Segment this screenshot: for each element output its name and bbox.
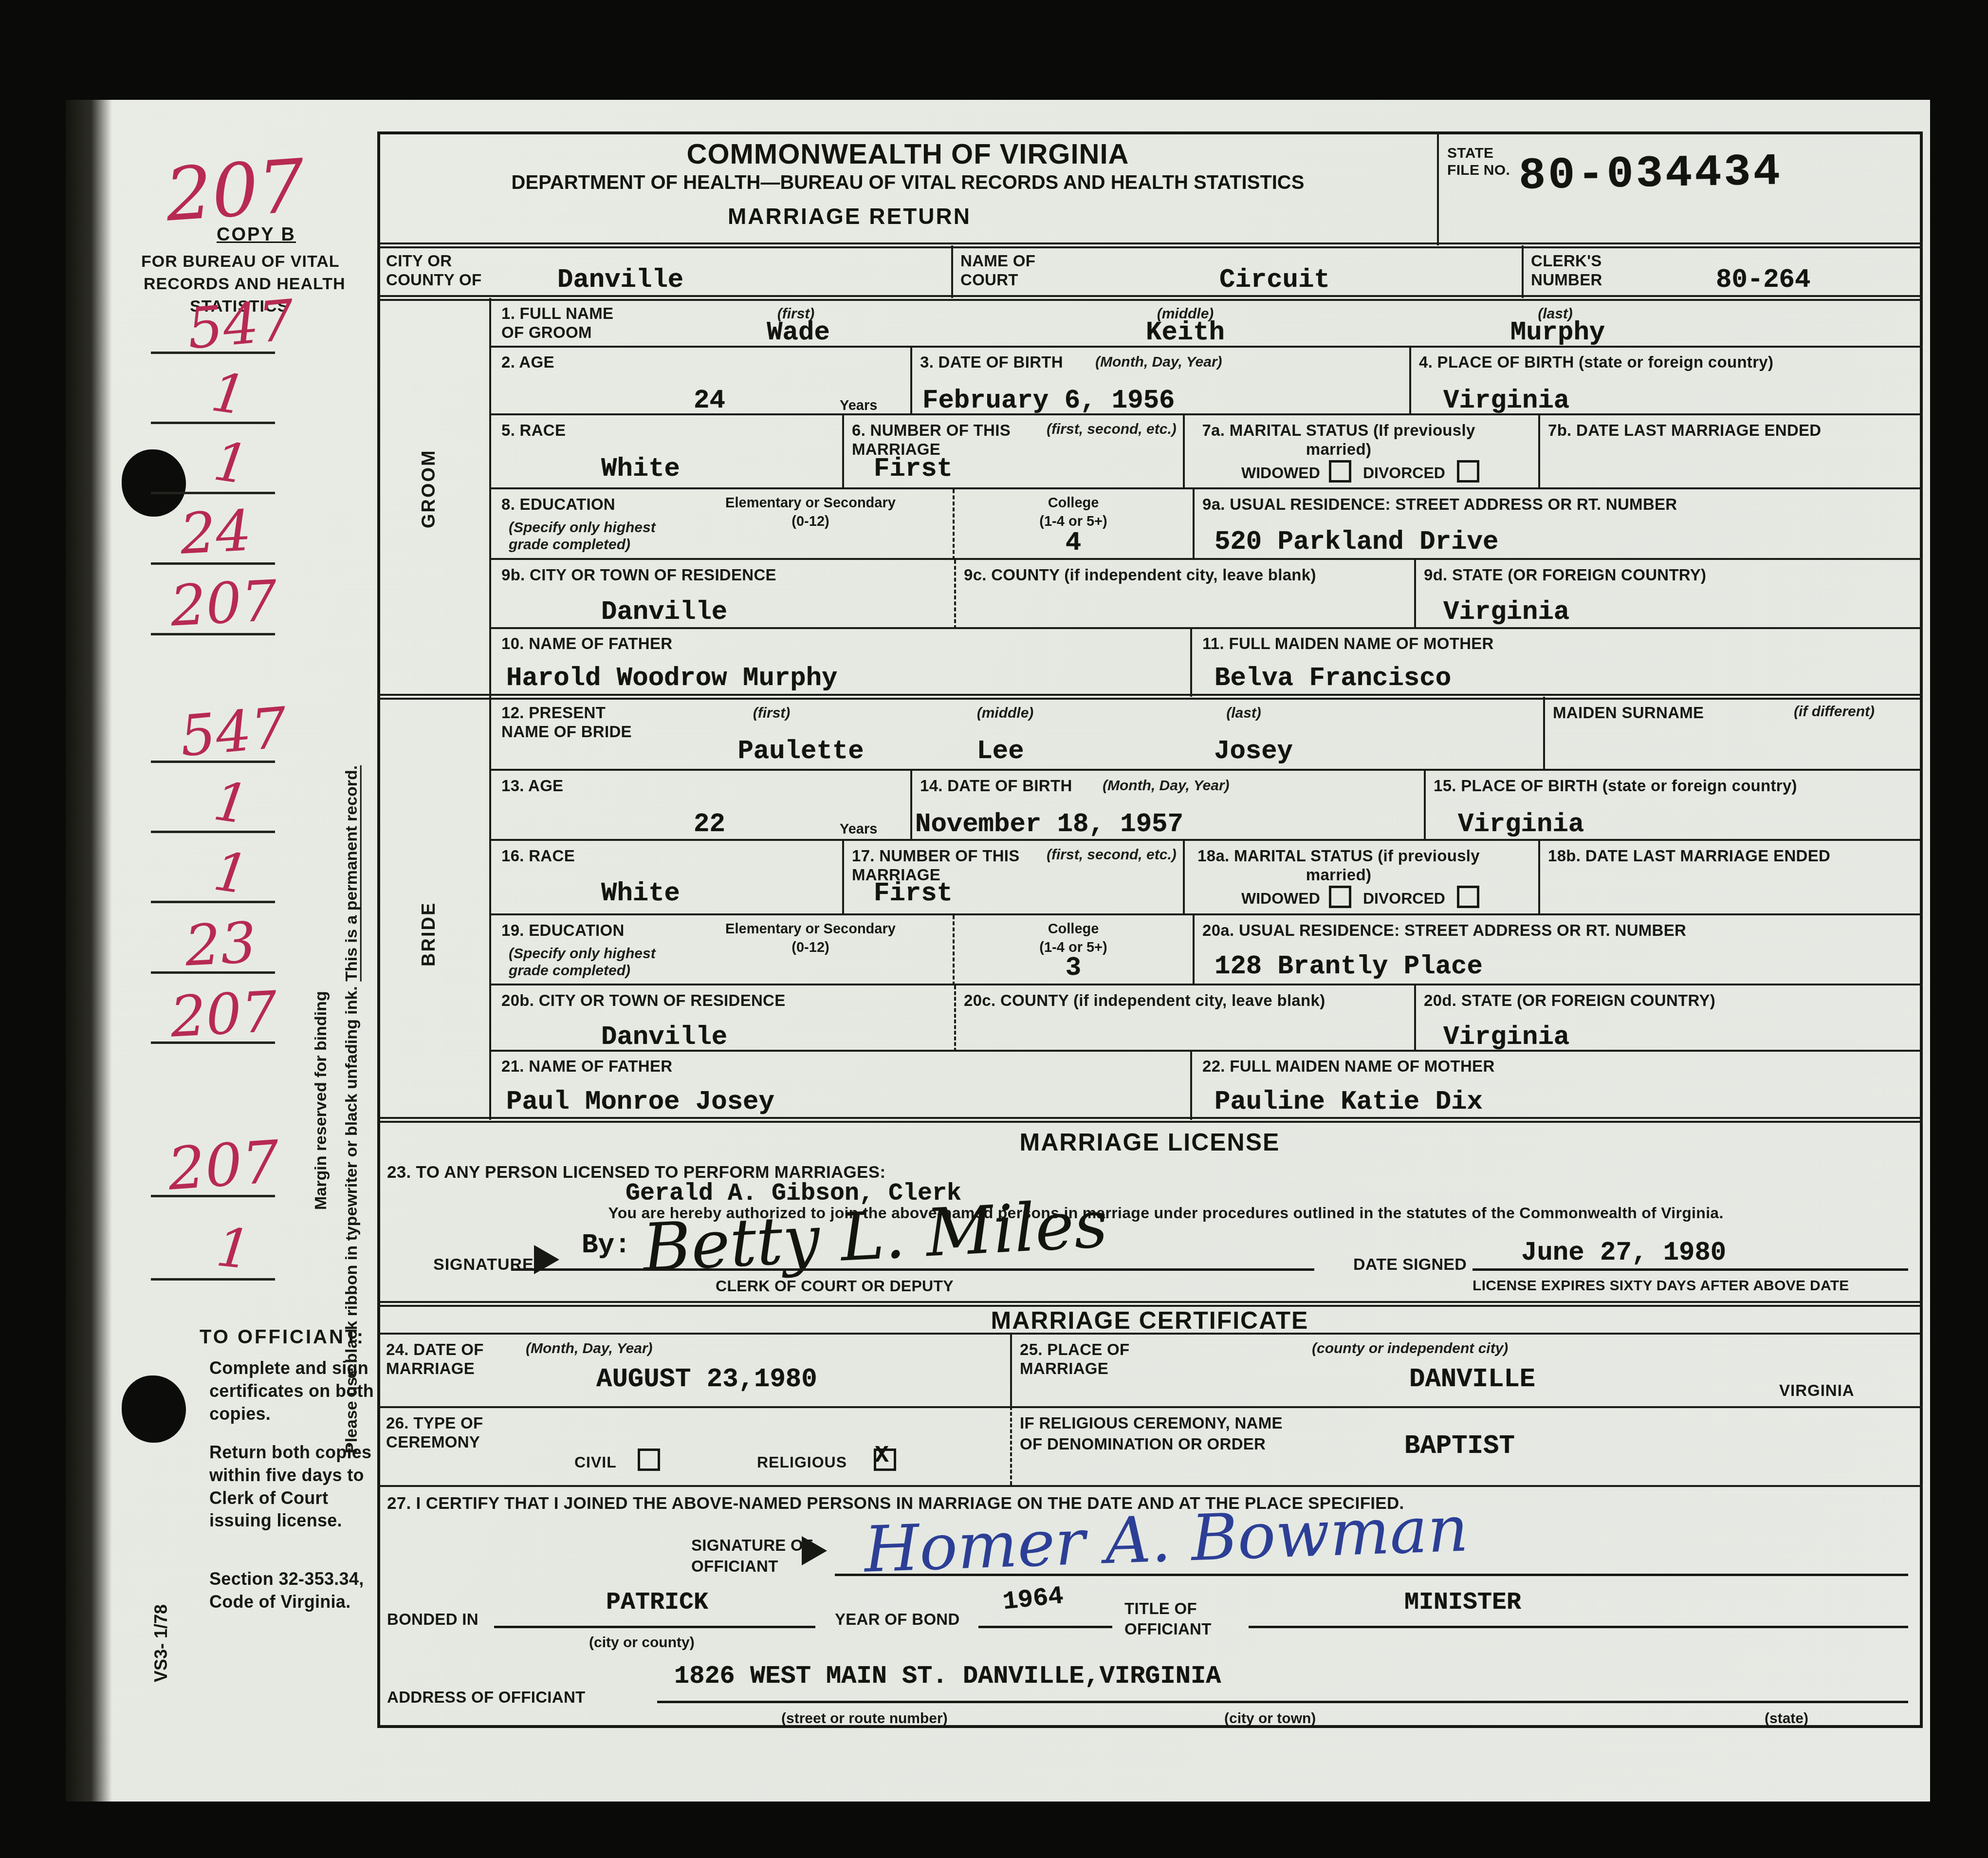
groom-state-label: 9d. STATE (OR FOREIGN COUNTRY) — [1424, 566, 1911, 585]
grid-line — [377, 242, 1923, 248]
bride-state-value: Virginia — [1443, 1022, 1569, 1052]
elementary-caption: Elementary or Secondary — [725, 921, 896, 937]
address-rule — [657, 1701, 1908, 1703]
bride-state-label: 20d. STATE (OR FOREIGN COUNTRY) — [1424, 991, 1911, 1010]
elementary-range: (0-12) — [792, 514, 829, 530]
marriage-place-state: VIRGINIA — [1779, 1381, 1855, 1400]
groom-mother-value: Belva Francisco — [1215, 664, 1451, 693]
civil-checkbox — [638, 1449, 660, 1471]
title-of-officiant-label-2: OFFICIANT — [1124, 1620, 1212, 1639]
groom-education-label: 8. EDUCATION — [501, 495, 615, 514]
department-subtitle: DEPARTMENT OF HEALTH—BUREAU OF VITAL REC… — [512, 172, 1305, 194]
margin-rule — [151, 562, 275, 565]
grid-line — [910, 348, 912, 415]
grid-line — [489, 346, 1923, 348]
groom-last-name: Murphy — [1510, 318, 1605, 348]
maiden-surname-label: MAIDEN SURNAME — [1553, 704, 1704, 723]
grid-line — [1522, 245, 1524, 298]
grid-line — [1193, 489, 1195, 560]
margin-value: 207 — [169, 568, 279, 639]
title-rule — [1249, 1626, 1908, 1628]
grid-line — [377, 694, 1923, 700]
groom-education-sub: (Specify only highest grade completed) — [509, 520, 669, 553]
ink-note-text: Please use black ribbon in typewriter or… — [342, 982, 361, 1453]
margin-value: 1 — [214, 1216, 254, 1282]
margin-rule — [151, 352, 275, 354]
bride-first-name: Paulette — [737, 737, 864, 766]
grid-line — [951, 245, 953, 298]
license-signature-label: SIGNATURE — [433, 1255, 534, 1274]
maiden-surname-sub: (if different) — [1794, 704, 1875, 721]
punch-hole-top — [122, 449, 186, 517]
margin-rule — [151, 761, 275, 763]
widowed-label: WIDOWED — [1241, 464, 1320, 482]
officiant-instruction-2: Return both copies within five days to C… — [209, 1441, 385, 1532]
year-rule — [978, 1626, 1112, 1628]
bride-residence-value: 128 Brantly Place — [1215, 952, 1483, 982]
signature-rule — [511, 1268, 1314, 1271]
binding-note: Margin reserved for binding — [312, 699, 331, 1210]
groom-pob-label: 4. PLACE OF BIRTH (state or foreign coun… — [1419, 353, 1911, 372]
margin-value: 1 — [210, 770, 252, 836]
grid-line — [1193, 915, 1195, 985]
grid-line — [377, 1485, 1923, 1487]
bride-marital-label: 18a. MARITAL STATUS (if previously marri… — [1193, 847, 1485, 885]
date-signed-value: June 27, 1980 — [1521, 1238, 1726, 1268]
bride-age-label: 13. AGE — [501, 777, 563, 796]
widowed-checkbox — [1329, 886, 1351, 908]
margin-rule — [151, 901, 275, 903]
copy-for-line1: FOR BUREAU OF VITAL — [141, 252, 339, 271]
bride-college-value: 3 — [1066, 953, 1081, 983]
form-code: VS3- 1/78 — [151, 1556, 171, 1682]
margin-rule — [151, 971, 275, 974]
bride-education-label: 19. EDUCATION — [501, 921, 625, 940]
court-value: Circuit — [1219, 265, 1330, 295]
punch-hole-bottom — [122, 1375, 186, 1443]
bride-dob-label: 14. DATE OF BIRTH — [920, 777, 1072, 796]
date-rule — [1473, 1268, 1908, 1271]
officiant-signature-rule — [835, 1574, 1908, 1576]
grid-line — [953, 489, 955, 560]
grid-line — [1538, 841, 1540, 915]
ink-note: Please use black ribbon in typewriter or… — [342, 480, 361, 1453]
officiant-signature-label-2: OFFICIANT — [691, 1557, 778, 1576]
city-county-label: CITY OR COUNTY OF — [386, 252, 503, 290]
grid-line — [954, 985, 956, 1052]
margin-value: 547 — [185, 288, 297, 362]
address-caption-street: (street or route number) — [781, 1710, 948, 1727]
groom-section-label: GROOM — [419, 402, 440, 528]
college-caption: College — [1048, 495, 1099, 511]
ceremony-type-label: 26. TYPE OF CEREMONY — [386, 1414, 513, 1452]
grid-line — [377, 1333, 1923, 1335]
caption-middle: (middle) — [977, 705, 1034, 722]
bride-education-sub: (Specify only highest grade completed) — [509, 946, 669, 979]
grid-line — [489, 413, 1923, 415]
college-range: (1-4 or 5+) — [1039, 514, 1107, 530]
groom-pob-value: Virginia — [1443, 386, 1569, 416]
groom-first-name: Wade — [767, 318, 830, 348]
groom-state-value: Virginia — [1443, 597, 1569, 627]
grid-line — [1183, 415, 1185, 489]
officiant-arrow-icon — [802, 1536, 827, 1565]
year-of-bond-label: YEAR OF BOND — [835, 1610, 960, 1629]
bonded-label: BONDED IN — [387, 1610, 479, 1629]
bride-name-label: 12. PRESENT NAME OF BRIDE — [501, 704, 657, 742]
groom-dob-sub: (Month, Day, Year) — [1095, 354, 1222, 371]
college-caption: College — [1048, 921, 1099, 937]
city-county-value: Danville — [557, 265, 683, 295]
marriage-date-sub: (Month, Day, Year) — [526, 1340, 653, 1357]
grid-line — [377, 1406, 1923, 1408]
form-name: MARRIAGE RETURN — [728, 203, 971, 229]
grid-line — [489, 487, 1923, 489]
bride-dob-value: November 18, 1957 — [915, 810, 1183, 839]
divorced-label: DIVORCED — [1363, 890, 1445, 908]
license-signature-caption: CLERK OF COURT OR DEPUTY — [716, 1277, 954, 1296]
code-reference: Section 32-353.34, Code of Virginia. — [209, 1568, 385, 1614]
groom-age-value: 24 — [694, 386, 725, 416]
clerk-number-label: CLERK'S NUMBER — [1531, 252, 1628, 290]
officiant-address-label: ADDRESS OF OFFICIANT — [387, 1688, 586, 1707]
officiant-signature-label-1: SIGNATURE OF — [691, 1536, 813, 1555]
groom-college-value: 4 — [1066, 528, 1081, 558]
grid-line — [489, 627, 1923, 629]
denomination-value: BAPTIST — [1404, 1431, 1515, 1461]
bonded-caption: (city or county) — [589, 1635, 695, 1651]
grid-line — [377, 295, 1923, 301]
groom-city-value: Danville — [601, 597, 727, 627]
groom-residence-value: 520 Parkland Drive — [1215, 527, 1498, 557]
divorced-label: DIVORCED — [1363, 464, 1445, 482]
marriage-place-label: 25. PLACE OF MARRIAGE — [1020, 1340, 1156, 1378]
grid-line — [1183, 841, 1185, 915]
title-of-officiant-value: MINISTER — [1404, 1589, 1521, 1616]
grid-line — [489, 769, 1923, 771]
bride-marriage-no-sub: (first, second, etc.) — [1047, 847, 1177, 864]
widowed-checkbox — [1329, 460, 1351, 483]
grid-line — [1409, 348, 1411, 415]
state-file-number: 80-034434 — [1518, 146, 1783, 202]
grid-line — [489, 558, 1923, 560]
margin-value: 24 — [179, 498, 253, 567]
grid-line — [1424, 771, 1426, 841]
margin-value: 1 — [210, 840, 252, 906]
clerk-number-value: 80-264 — [1716, 265, 1810, 295]
years-caption: Years — [840, 821, 877, 837]
grid-line — [1010, 1406, 1012, 1485]
groom-father-label: 10. NAME OF FATHER — [501, 634, 672, 653]
bride-age-value: 22 — [694, 810, 725, 839]
bride-mother-label: 22. FULL MAIDEN NAME OF MOTHER — [1202, 1057, 1738, 1076]
denomination-label-line2: OF DENOMINATION OR ORDER — [1020, 1435, 1266, 1454]
bride-city-label: 20b. CITY OR TOWN OF RESIDENCE — [501, 991, 891, 1010]
bonded-rule — [494, 1626, 815, 1628]
bride-race-label: 16. RACE — [501, 847, 575, 866]
bride-father-label: 21. NAME OF FATHER — [501, 1057, 672, 1076]
groom-residence-label: 9a. USUAL RESIDENCE: STREET ADDRESS OR R… — [1202, 495, 1908, 514]
grid-line — [489, 1050, 1923, 1052]
scan-left-edge — [66, 100, 112, 1802]
groom-dob-label: 3. DATE OF BIRTH — [920, 353, 1063, 372]
margin-value: 547 — [178, 695, 290, 770]
bride-mother-value: Pauline Katie Dix — [1215, 1087, 1483, 1117]
religious-check-mark: X — [875, 1443, 889, 1469]
caption-last: (last) — [1226, 705, 1261, 722]
groom-name-label: 1. FULL NAME OF GROOM — [501, 304, 638, 342]
years-caption: Years — [840, 398, 877, 414]
grid-line — [842, 841, 844, 915]
groom-race-value: White — [601, 454, 680, 484]
widowed-label: WIDOWED — [1241, 890, 1320, 908]
bride-father-value: Paul Monroe Josey — [506, 1087, 774, 1117]
bonded-value: PATRICK — [606, 1589, 708, 1616]
grid-line — [1190, 1052, 1192, 1120]
margin-rule — [151, 831, 275, 833]
bride-marriage-no-value: First — [874, 879, 953, 909]
grid-line — [1190, 629, 1192, 697]
margin-value: 207 — [169, 979, 279, 1050]
groom-last-marriage-label: 7b. DATE LAST MARRIAGE ENDED — [1548, 421, 1918, 440]
bride-last-name: Josey — [1214, 737, 1293, 766]
bride-county-label: 20c. COUNTY (if independent city, leave … — [964, 991, 1402, 1010]
civil-label: CIVIL — [574, 1453, 617, 1471]
denomination-label-line1: IF RELIGIOUS CEREMONY, NAME — [1020, 1414, 1283, 1433]
title-of-officiant-label-1: TITLE OF — [1124, 1599, 1197, 1618]
groom-city-label: 9b. CITY OR TOWN OF RESIDENCE — [501, 566, 891, 585]
date-signed-label: DATE SIGNED — [1353, 1255, 1467, 1274]
license-expires-caption: LICENSE EXPIRES SIXTY DAYS AFTER ABOVE D… — [1473, 1277, 1849, 1294]
groom-county-label: 9c. COUNTY (if independent city, leave b… — [964, 566, 1402, 585]
groom-dob-value: February 6, 1956 — [922, 386, 1175, 416]
scanned-marriage-return: 207 COPY B FOR BUREAU OF VITAL RECORDS A… — [0, 0, 1988, 1858]
groom-marriage-no-label: 6. NUMBER OF THIS MARRIAGE — [852, 421, 1042, 459]
margin-rule — [151, 1278, 275, 1281]
margin-value: 207 — [166, 1128, 281, 1204]
grid-line — [953, 915, 955, 985]
copy-for-line2: RECORDS AND HEALTH — [144, 274, 346, 294]
margin-rule — [151, 492, 275, 494]
grid-line — [489, 298, 491, 1120]
bride-residence-label: 20a. USUAL RESIDENCE: STREET ADDRESS OR … — [1202, 921, 1908, 940]
groom-father-value: Harold Woodrow Murphy — [506, 664, 838, 693]
grid-line — [1543, 697, 1545, 771]
copy-label: COPY B — [217, 224, 296, 246]
bride-middle-name: Lee — [976, 737, 1024, 766]
groom-marital-label: 7a. MARITAL STATUS (If previously marrie… — [1193, 421, 1485, 459]
grid-line — [489, 913, 1923, 915]
document-paper: 207 COPY B FOR BUREAU OF VITAL RECORDS A… — [66, 100, 1930, 1802]
bride-pob-label: 15. PLACE OF BIRTH (state or foreign cou… — [1434, 777, 1915, 796]
grid-line — [910, 771, 912, 841]
divorced-checkbox — [1457, 460, 1479, 483]
margin-value: 23 — [184, 910, 258, 979]
ink-note-underlined: This is a permanent record. — [342, 765, 361, 982]
grid-line — [1010, 1335, 1012, 1406]
grid-line — [489, 984, 1923, 985]
elementary-range: (0-12) — [792, 940, 829, 956]
grid-line — [377, 1117, 1923, 1123]
commonwealth-title: COMMONWEALTH OF VIRGINIA — [687, 138, 1129, 170]
margin-rule — [151, 1041, 275, 1044]
bride-last-marriage-label: 18b. DATE LAST MARRIAGE ENDED — [1548, 847, 1918, 866]
margin-rule — [151, 422, 275, 424]
bride-dob-sub: (Month, Day, Year) — [1103, 778, 1230, 795]
marriage-place-value: DANVILLE — [1409, 1365, 1535, 1394]
marriage-date-value: AUGUST 23,1980 — [596, 1365, 817, 1394]
to-officiant-heading: TO OFFICIANT: — [200, 1326, 365, 1349]
groom-race-label: 5. RACE — [501, 421, 566, 440]
certificate-section-title: MARRIAGE CERTIFICATE — [991, 1306, 1309, 1335]
bride-city-value: Danville — [601, 1022, 727, 1052]
court-label: NAME OF COURT — [960, 252, 1058, 290]
officiant-address-value: 1826 WEST MAIN ST. DANVILLE,VIRGINIA — [674, 1662, 1221, 1691]
divorced-checkbox — [1457, 886, 1479, 908]
religious-label: RELIGIOUS — [757, 1453, 847, 1471]
marriage-date-label: 24. DATE OF MARRIAGE — [386, 1340, 513, 1378]
groom-marriage-no-sub: (first, second, etc.) — [1047, 421, 1177, 438]
grid-line — [842, 415, 844, 489]
margin-value: 1 — [207, 361, 250, 427]
elementary-caption: Elementary or Secondary — [725, 495, 896, 511]
groom-marriage-no-value: First — [874, 454, 953, 484]
grid-line — [1414, 560, 1416, 629]
marriage-place-sub: (county or independent city) — [1312, 1340, 1508, 1357]
groom-mother-label: 11. FULL MAIDEN NAME OF MOTHER — [1202, 634, 1738, 653]
groom-middle-name: Keith — [1146, 318, 1225, 348]
groom-age-label: 2. AGE — [501, 353, 554, 372]
bride-pob-value: Virginia — [1458, 810, 1584, 839]
address-caption-city: (city or town) — [1224, 1710, 1316, 1727]
grid-line — [1414, 985, 1416, 1052]
bride-race-value: White — [601, 879, 680, 909]
grid-line — [1437, 131, 1439, 245]
margin-rule — [151, 1195, 275, 1197]
state-file-label: STATE FILE NO. — [1447, 145, 1510, 179]
bride-section-label: BRIDE — [419, 850, 440, 966]
margin-rule — [151, 633, 275, 635]
license-by-label: By: — [582, 1229, 631, 1261]
grid-line — [1538, 415, 1540, 489]
license-section-title: MARRIAGE LICENSE — [1020, 1128, 1280, 1156]
grid-line — [954, 560, 956, 629]
grid-line — [489, 839, 1923, 841]
caption-first: (first) — [753, 705, 791, 722]
address-caption-state: (state) — [1765, 1710, 1808, 1727]
margin-value: 1 — [210, 430, 252, 496]
